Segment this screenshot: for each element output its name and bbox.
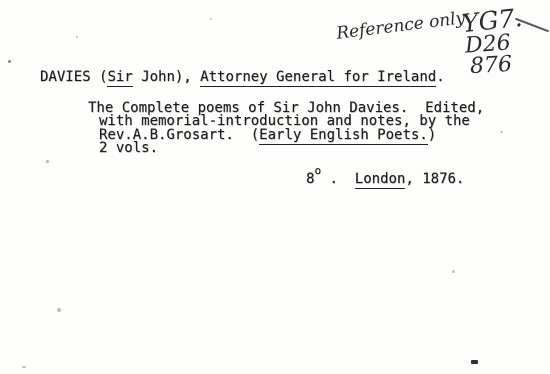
heading-mid: John),: [133, 69, 200, 85]
scan-speck: [57, 308, 61, 312]
imprint-line: 8o . London, 1876.: [306, 171, 464, 187]
shelfmark-line-3: 876: [469, 52, 512, 79]
scan-speck: [452, 270, 455, 273]
imprint-separator: .: [321, 171, 355, 187]
body-line-3-end: ): [428, 127, 436, 143]
imprint-place-underlined: London: [355, 171, 406, 189]
heading-sir-underlined: Sir: [107, 69, 132, 87]
heading-line: DAVIES (Sir John), Attorney General for …: [40, 69, 445, 85]
body-line-4: 2 vols.: [99, 140, 158, 156]
scan-speck: [76, 36, 78, 38]
catalog-card: Reference only YG7. D26 876 DAVIES (Sir …: [0, 0, 550, 374]
scan-speck: [471, 360, 478, 364]
scan-speck: [8, 60, 11, 63]
heading-title-underlined: Attorney General for Ireland: [200, 69, 436, 87]
scan-speck: [210, 18, 212, 20]
heading-pre: DAVIES (: [40, 69, 107, 85]
series-title-underlined: Early English Poets.: [259, 127, 428, 145]
scan-speck: [22, 366, 26, 368]
format-superscript-o: o: [314, 164, 321, 177]
imprint-date: , 1876.: [405, 171, 464, 187]
scan-speck: [500, 131, 503, 133]
reference-only-note: Reference only: [335, 8, 466, 44]
heading-period: .: [436, 69, 444, 85]
scan-speck: [46, 160, 49, 163]
